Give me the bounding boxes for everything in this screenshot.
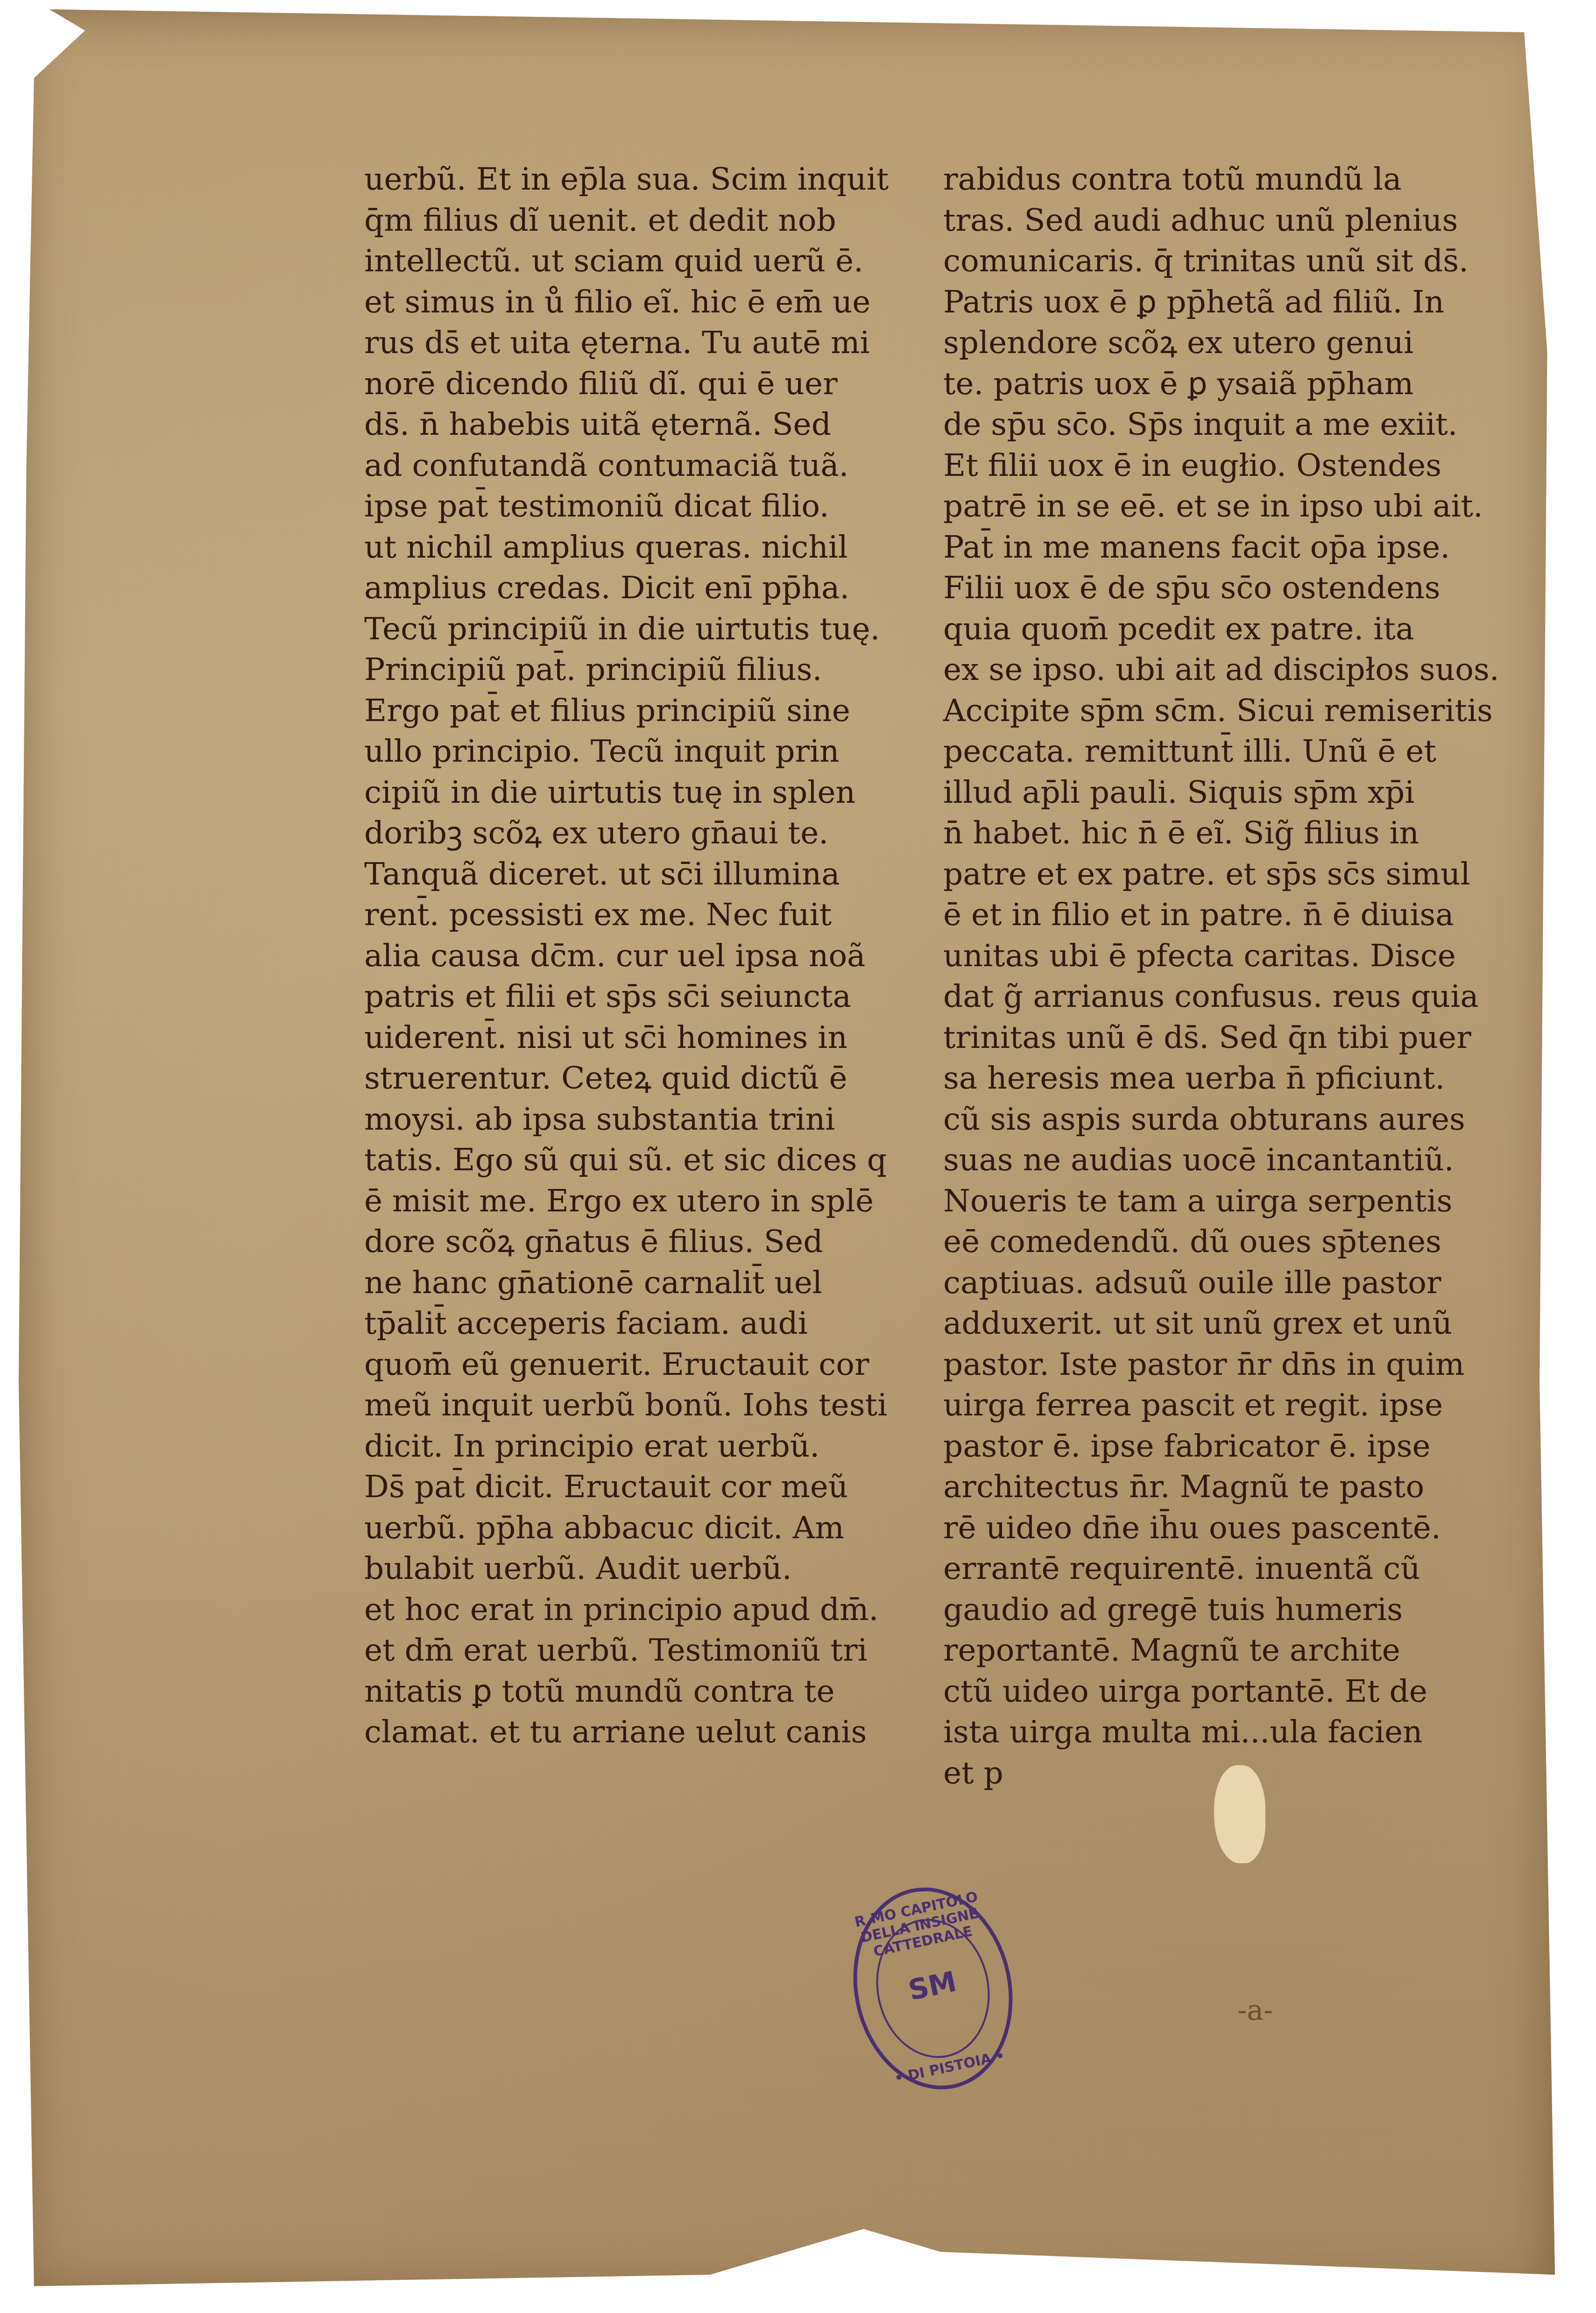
text-line: n̄ habet. hic n̄ ē eĩ. Sig̃ filius in: [943, 813, 1476, 854]
text-line: uerbũ. pp̄ha abbacuc dicit. Am: [364, 1507, 897, 1549]
text-line: architectus n̄r. Magnũ te pasto: [943, 1466, 1476, 1507]
text-line: intellectũ. ut sciam quid uerũ ē.: [364, 240, 897, 282]
text-line: ad confutandã contumaciã tuã.: [364, 445, 897, 486]
text-line: rent̄. pcessisti ex me. Nec fuit: [364, 894, 897, 935]
text-line: ista uirga multa mi...ula facien: [943, 1712, 1476, 1753]
text-line: ut nichil amplius queras. nichil: [364, 527, 897, 568]
text-line: Accipite sp̄m sc̄m. Sicui remiseritis: [943, 690, 1476, 731]
text-line: dat g̃ arrianus confusus. reus quia: [943, 976, 1476, 1017]
text-line: tp̄alit̄ acceperis faciam. audi: [364, 1303, 897, 1344]
text-line: sa heresis mea uerba n̄ pficiunt.: [943, 1058, 1476, 1099]
text-line: patrē in se eē. et se in ipso ubi ait.: [943, 486, 1476, 527]
text-line: rabidus contra totũ mundũ la: [943, 159, 1476, 200]
text-line: et simus in ů filio eĩ. hic ē em̄ ue: [364, 282, 897, 323]
text-line: struerentur. Ceteꝝ quid dictũ ē: [364, 1058, 897, 1099]
text-line: clamat. et tu arriane uelut canis: [364, 1712, 897, 1753]
text-line: pastor. Iste pastor n̄r dn̄s in quim: [943, 1344, 1476, 1385]
text-line: alia causa dc̄m. cur uel ipsa noã: [364, 935, 897, 976]
text-line: splendore scõꝝ ex utero genui: [943, 322, 1476, 363]
text-line: unitas ubi ē pfecta caritas. Disce: [943, 935, 1476, 976]
text-line: suas ne audias uocē incantantiũ.: [943, 1139, 1476, 1181]
right-text-column: rabidus contra totũ mundũ latras. Sed au…: [943, 159, 1476, 1793]
text-line: comunicaris. q̄ trinitas unũ sit ds̄.: [943, 240, 1476, 282]
text-line: adduxerit. ut sit unũ grex et unũ: [943, 1303, 1476, 1344]
text-line: rē uideo dn̄e ih̄u oues pascentē.: [943, 1507, 1476, 1549]
text-line: ullo principio. Tecũ inquit prin: [364, 731, 897, 772]
text-line: Ergo pat̄ et filius principiũ sine: [364, 690, 897, 731]
text-line: Et filii uox ē in eugłio. Ostendes: [943, 445, 1476, 486]
text-line: et hoc erat in principio apud dm̄.: [364, 1589, 897, 1630]
parchment-hole: [1214, 1765, 1265, 1863]
text-line: te. patris uox ē ꝑ ysaiã pp̄ham: [943, 363, 1476, 404]
text-line: ē et in filio et in patre. n̄ ē diuisa: [943, 894, 1476, 935]
text-line: tatis. Ego sũ qui sũ. et sic dices q: [364, 1139, 897, 1181]
text-line: bulabit uerbũ. Audit uerbũ.: [364, 1548, 897, 1589]
text-line: Tanquã diceret. ut sc̄i illumina: [364, 854, 897, 895]
text-line: patris et filii et sp̄s sc̄i seiuncta: [364, 976, 897, 1017]
text-line: ds̄. n̄ habebis uitã ęternã. Sed: [364, 404, 897, 445]
text-line: rus ds̄ et uita ęterna. Tu autē mi: [364, 322, 897, 363]
text-line: ē misit me. Ergo ex utero in splē: [364, 1181, 897, 1222]
text-line: ex se ipso. ubi ait ad discipłos suos.: [943, 649, 1476, 690]
text-line: quom̄ eũ genuerit. Eructauit cor: [364, 1344, 897, 1385]
text-line: patre et ex patre. et sp̄s sc̄s simul: [943, 854, 1476, 895]
text-line: Principiũ pat̄. principiũ filius.: [364, 649, 897, 690]
text-line: captiuas. adsuũ ouile ille pastor: [943, 1262, 1476, 1303]
text-line: ne hanc gn̄ationē carnalit̄ uel: [364, 1262, 897, 1303]
folio-mark: -a-: [1237, 1994, 1273, 2027]
text-line: eē comedendũ. dũ oues sp̄tenes: [943, 1221, 1476, 1262]
text-line: ctũ uideo uirga portantē. Et de: [943, 1671, 1476, 1712]
text-line: cũ sis aspis surda obturans aures: [943, 1099, 1476, 1140]
text-line: Patris uox ē ꝑ pp̄hetã ad filiũ. In: [943, 282, 1476, 323]
text-line: q̄m filius dĩ uenit. et dedit nob: [364, 200, 897, 241]
text-line: quia quom̄ pcedit ex patre. ita: [943, 608, 1476, 650]
text-line: peccata. remittunt̄ illi. Unũ ē et: [943, 731, 1476, 772]
text-line: cipiũ in die uirtutis tuę in splen: [364, 772, 897, 813]
text-line: Pat̄ in me manens facit op̄a ipse.: [943, 527, 1476, 568]
left-text-column: uerbũ. Et in ep̄la sua. Scim inquitq̄m f…: [364, 159, 897, 1753]
text-line: uiderent̄. nisi ut sc̄i homines in: [364, 1017, 897, 1058]
text-line: et p: [943, 1753, 1476, 1794]
text-line: ipse pat̄ testimoniũ dicat filio.: [364, 486, 897, 527]
text-line: doribꝫ scõꝝ ex utero gn̄aui te.: [364, 813, 897, 854]
text-line: moysi. ab ipsa substantia trini: [364, 1099, 897, 1140]
text-line: errantē requirentē. inuentã cũ: [943, 1548, 1476, 1589]
text-line: et dm̄ erat uerbũ. Testimoniũ tri: [364, 1630, 897, 1671]
text-line: Filii uox ē de sp̄u sc̄o ostendens: [943, 567, 1476, 608]
text-line: tras. Sed audi adhuc unũ plenius: [943, 200, 1476, 241]
text-line: illud ap̄li pauli. Siquis sp̄m xp̄i: [943, 772, 1476, 813]
text-line: amplius credas. Dicit enī pp̄ha.: [364, 567, 897, 608]
text-line: dore scõꝝ gn̄atus ē filius. Sed: [364, 1221, 897, 1262]
text-line: uerbũ. Et in ep̄la sua. Scim inquit: [364, 159, 897, 200]
text-line: Noueris te tam a uirga serpentis: [943, 1181, 1476, 1222]
text-line: pastor ē. ipse fabricator ē. ipse: [943, 1426, 1476, 1467]
text-line: Tecũ principiũ in die uirtutis tuę.: [364, 608, 897, 650]
text-line: dicit. In principio erat uerbũ.: [364, 1426, 897, 1467]
text-line: gaudio ad gregē tuis humeris: [943, 1589, 1476, 1630]
text-line: de sp̄u sc̄o. Sp̄s inquit a me exiit.: [943, 404, 1476, 445]
text-line: norē dicendo filiũ dĩ. qui ē uer: [364, 363, 897, 404]
text-line: reportantē. Magnũ te archite: [943, 1630, 1476, 1671]
text-line: meũ inquit uerbũ bonũ. Iohs testi: [364, 1385, 897, 1426]
text-line: Ds̄ pat̄ dicit. Eructauit cor meũ: [364, 1466, 897, 1507]
text-line: nitatis ꝑ totũ mundũ contra te: [364, 1671, 897, 1712]
text-line: trinitas unũ ē ds̄. Sed q̄n tibi puer: [943, 1017, 1476, 1058]
text-line: uirga ferrea pascit et regit. ipse: [943, 1385, 1476, 1426]
